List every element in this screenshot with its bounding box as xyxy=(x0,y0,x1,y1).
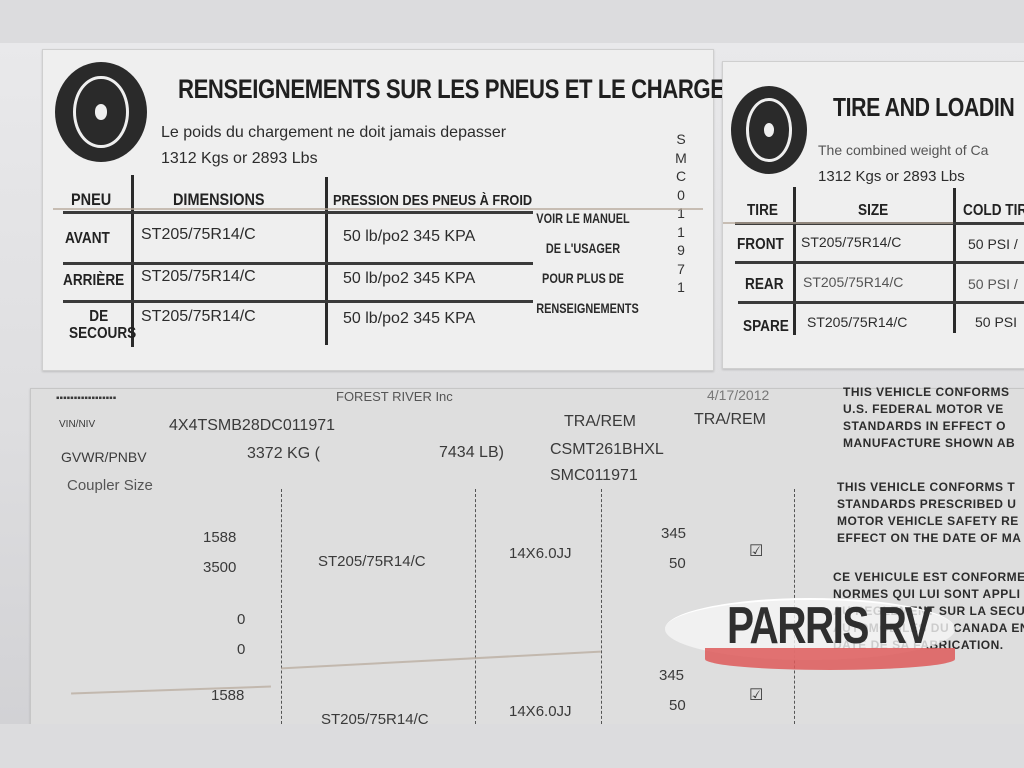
table-rule xyxy=(63,262,533,265)
spare-pressure: 50 PSI xyxy=(975,314,1017,330)
rear-size: ST205/75R14/C xyxy=(141,268,256,286)
row-label-rear: ARRIÈRE xyxy=(63,272,124,289)
coupler-size-label: Coupler Size xyxy=(67,477,153,494)
column-header-size: DIMENSIONS xyxy=(173,190,265,210)
axle-3-psi: 50 xyxy=(669,697,686,714)
table-divider xyxy=(131,175,134,347)
rear-pressure: 50 PSI / xyxy=(968,276,1018,292)
table-rule xyxy=(738,301,1024,304)
bottom-letterbox xyxy=(0,724,1024,768)
weight-value: 1312 Kgs or 2893 Lbs xyxy=(818,168,965,185)
vertical-serial: S M C 0 1 1 9 7 1 xyxy=(675,130,687,297)
weight-sentence: The combined weight of Ca xyxy=(818,142,988,158)
table-divider xyxy=(325,177,328,345)
axle-1-kg: 1588 xyxy=(203,529,236,546)
manufacture-date: 4/17/2012 xyxy=(707,387,769,403)
tire-icon xyxy=(731,86,807,174)
english-label-title: TIRE AND LOADIN xyxy=(833,92,1014,123)
axle-3-tire: ST205/75R14/C xyxy=(321,711,429,724)
faded-header: ▪▪▪▪▪▪▪▪▪▪▪▪▪▪▪▪▪ xyxy=(56,393,116,404)
axle-1-lb: 3500 xyxy=(203,559,236,576)
tire-icon xyxy=(55,62,147,162)
axle-3-rim: 14X6.0JJ xyxy=(509,703,572,720)
label-crease xyxy=(53,208,703,210)
rear-size: ST205/75R14/C xyxy=(803,274,903,290)
front-size: ST205/75R14/C xyxy=(141,226,256,244)
column-divider xyxy=(281,489,282,724)
gvwr-label: GVWR/PNBV xyxy=(61,449,147,465)
table-rule xyxy=(63,211,533,214)
column-header-size: SIZE xyxy=(858,202,888,220)
french-tire-label: RENSEIGNEMENTS SUR LES PNEUS ET LE CHARG… xyxy=(42,49,714,371)
weight-value: 1312 Kgs or 2893 Lbs xyxy=(161,150,318,168)
front-size: ST205/75R14/C xyxy=(801,234,901,250)
conformity-en-2: THIS VEHICLE CONFORMS T STANDARDS PRESCR… xyxy=(837,479,1021,547)
front-pressure: 50 lb/po2 345 KPA xyxy=(343,228,475,246)
top-letterbox xyxy=(0,0,1024,43)
spare-pressure: 50 lb/po2 345 KPA xyxy=(343,310,475,328)
row-label-spare: SPARE xyxy=(743,318,789,335)
manual-note-line: POUR PLUS DE xyxy=(536,270,630,286)
column-header-pressure: COLD TIR xyxy=(963,202,1024,220)
vehicle-type-fr: TRA/REM xyxy=(694,411,766,429)
label-crease xyxy=(281,651,601,670)
english-tire-label: TIRE AND LOADIN The combined weight of C… xyxy=(722,61,1024,369)
gvwr-kg: 3372 KG ( xyxy=(247,445,320,463)
column-header-tire: PNEU xyxy=(71,190,111,210)
weight-sentence: Le poids du chargement ne doit jamais de… xyxy=(161,124,506,142)
column-header-pressure: PRESSION DES PNEUS À FROID xyxy=(333,192,532,209)
row-label-front: FRONT xyxy=(737,236,784,253)
vehicle-type: TRA/REM xyxy=(564,413,636,431)
spare-size: ST205/75R14/C xyxy=(141,308,256,326)
row-label-spare: DE SECOURS xyxy=(69,308,129,342)
manual-note-line: RENSEIGNEMENTS xyxy=(536,300,630,316)
checkmark-icon: ☑ xyxy=(749,541,763,561)
axle-1-rim: 14X6.0JJ xyxy=(509,545,572,562)
axle-1-kpa: 345 xyxy=(661,525,686,542)
axle-2-lb: 0 xyxy=(237,641,245,658)
manufacturer: FOREST RIVER Inc xyxy=(336,389,453,404)
axle-1-psi: 50 xyxy=(669,555,686,572)
axle-1-tire: ST205/75R14/C xyxy=(318,553,426,570)
french-label-title: RENSEIGNEMENTS SUR LES PNEUS ET LE CHARG… xyxy=(178,74,786,105)
vin-number: 4X4TSMB28DC011971 xyxy=(169,417,335,435)
manual-note-line: VOIR LE MANUEL xyxy=(536,210,630,226)
column-divider xyxy=(475,489,476,724)
model-number: CSMT261BHXL xyxy=(550,441,664,459)
label-crease xyxy=(723,222,953,224)
gvwr-lb: 7434 LB) xyxy=(439,444,504,462)
vin-field-label: VIN/NIV xyxy=(59,419,95,430)
rear-pressure: 50 lb/po2 345 KPA xyxy=(343,270,475,288)
column-divider xyxy=(601,489,602,724)
checkmark-icon: ☑ xyxy=(749,685,763,705)
logo-text: PARRIS RV xyxy=(727,596,930,656)
column-header-tire: TIRE xyxy=(747,202,778,220)
row-label-rear: REAR xyxy=(745,276,784,293)
table-rule xyxy=(735,261,1024,264)
conformity-en-1: THIS VEHICLE CONFORMS U.S. FEDERAL MOTOR… xyxy=(843,384,1015,452)
row-label-front: AVANT xyxy=(65,230,110,247)
serial-number: SMC011971 xyxy=(550,467,638,485)
front-pressure: 50 PSI / xyxy=(968,236,1018,252)
manual-note-line: DE L'USAGER xyxy=(536,240,630,256)
table-rule xyxy=(63,300,533,303)
spare-size: ST205/75R14/C xyxy=(807,314,907,330)
parris-rv-watermark: PARRIS RV xyxy=(665,588,965,683)
label-photo: RENSEIGNEMENTS SUR LES PNEUS ET LE CHARG… xyxy=(0,43,1024,724)
axle-2-kg: 0 xyxy=(237,611,245,628)
axle-3-kg: 1588 xyxy=(211,687,244,704)
